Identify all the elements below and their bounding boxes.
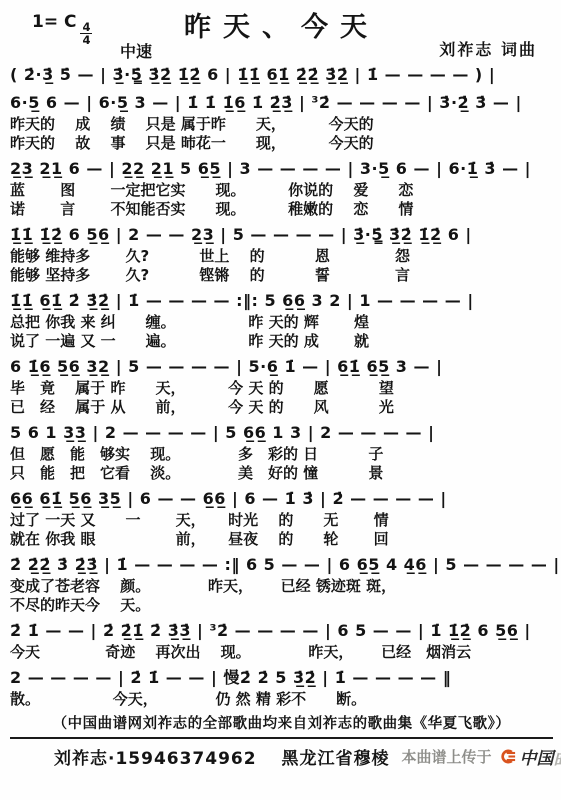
site-logo: 中国曲谱网 [498,744,561,769]
notation-line: 1̲̇1̲̇ 1̲̇2̲̇ 6 5̲6̲ | 2 — — 2̲3̲ | 5 — … [10,222,553,247]
system: 2 — — — — | 2̇ 1̇ — — | 慢2̇ 2̇ 5 3̲̇2̲̇ … [10,665,553,709]
score: ( 2̇·3̲̇ 5̇ — | 3̲̇·5̳̇ 3̲̇2̲̇ 1̲̇2̲̇ 6 … [10,62,553,709]
lyric-line: 能够 维持多 久? 世上 的 恩 怨 [10,247,553,266]
notation-line: 2̇ 2̲̇2̲̇ 3̇ 2̲̇3̲̇ | 1̇ — — — — :‖ 6 5 … [10,552,553,577]
qupu-logo-icon [498,747,517,766]
lyric-line: 能够 坚持多 久? 铿锵 的 誓 言 [10,266,553,285]
notation-line: 6·5̲ 6 — | 6·5̲ 3 — | 1̇ 1̇ 1̲̇6̲ 1̇ 2̲̇… [10,90,553,115]
lyric-line: 毕 竟 属于 昨 天， 今 天 的 愿 望 [10,379,553,398]
notation-line: 2 — — — — | 2̇ 1̇ — — | 慢2̇ 2̇ 5 3̲̇2̲̇ … [10,665,553,690]
system: 2̇ 1̇ — — | 2̇ 2̲̇1̲̇ 2̇ 3̲̇3̲̇ | ³2̇ — … [10,618,553,662]
lyric-line: 说了 一遍 又 一 遍。 昨 天的 成 就 [10,332,553,351]
lyric-line: 散。 今天， 仍 然 精 彩不 断。 [10,690,553,709]
system: 6̲6̲ 6̲1̲̇ 5̲6̲ 3̲5̲ | 6 — — 6̲6̲ | 6 — … [10,486,553,549]
system: 6 1̲̇6̲ 5̲6̲ 3̲2̲ | 5 — — — — | 5·6̲ 1̇ … [10,354,553,417]
system: 1̲̇1̲̇ 1̲̇2̲̇ 6 5̲6̲ | 2 — — 2̲3̲ | 5 — … [10,222,553,285]
notation-line: 1̲̇1̲̇ 6̲1̲̇ 2̇ 3̲̇2̲̇ | 1̇ — — — — :‖: … [10,288,553,313]
notation-line: 6 1̲̇6̲ 5̲6̲ 3̲2̲ | 5 — — — — | 5·6̲ 1̇ … [10,354,553,379]
sheet-music-page: 1= C44 昨天、今天 中速 刘祚志 词曲 ( 2̇·3̲̇ 5̇ — | 3… [0,0,561,769]
lyric-line: 已 经 属于 从 前， 今 天 的 风 光 [10,398,553,417]
bottom-bar: 刘祚志·15946374962 黑龙江省穆棱 本曲谱上传于 中国曲谱网 [10,737,553,769]
key-signature: 1= C44 [32,12,92,46]
system: 2̲3̲ 2̲1̲ 6 — | 2̲2̲ 2̲1̲ 5 6̲5̲ | 3 — —… [10,156,553,219]
site-name-light: 曲谱网 [554,744,561,769]
contact-info: 刘祚志·15946374962 黑龙江省穆棱 [54,744,390,769]
lyric-line: 昨天的 成 绩 只是 属于昨 天， 今天的 [10,115,553,134]
lyric-line: 今天 奇迹 再次出 现。 昨天， 已经 烟消云 [10,643,553,662]
upload-watermark: 本曲谱上传于 [402,746,492,767]
lyric-line: 昨天的 故 事 只是 昁花一 现， 今天的 [10,134,553,153]
tempo-marking: 中速 [120,39,152,62]
key-label: 1= C [32,12,76,32]
system: 5 6 1 3̲3̲ | 2 — — — — | 5 6̲6̲ 1 3 | 2 … [10,420,553,483]
lyric-line: 变成了苍老容 颜。 昨天， 已经 锈迹斑 斑， [10,577,553,596]
notation-line: 2̲3̲ 2̲1̲ 6 — | 2̲2̲ 2̲1̲ 5 6̲5̲ | 3 — —… [10,156,553,181]
system: ( 2̇·3̲̇ 5̇ — | 3̲̇·5̳̇ 3̲̇2̲̇ 1̲̇2̲̇ 6 … [10,62,553,87]
lyric-line: 蓝 图 一定把它实 现。 你说的 爱 恋 [10,181,553,200]
notation-line: 5 6 1 3̲3̲ | 2 — — — — | 5 6̲6̲ 1 3 | 2 … [10,420,553,445]
meter-denominator: 4 [82,34,90,46]
lyric-line: 就在 你我 眼 前， 昼夜 的 轮 回 [10,530,553,549]
lyric-line: 只 能 把 它看 淡。 美 好的 憧 景 [10,464,553,483]
lyric-line: 总把 你我 来 纠 缠。 昨 天的 辉 煌 [10,313,553,332]
source-note: （中国曲谱网刘祚志的全部歌曲均来自刘祚志的歌曲集《华夏飞歌》） [10,712,553,733]
site-name-bold: 中国 [520,744,554,769]
lyric-line: 诺 言 不知能否实 现。 稚嫩的 恋 情 [10,200,553,219]
system: 6·5̲ 6 — | 6·5̲ 3 — | 1̇ 1̇ 1̲̇6̲ 1̇ 2̲̇… [10,90,553,153]
notation-line: 2̇ 1̇ — — | 2̇ 2̲̇1̲̇ 2̇ 3̲̇3̲̇ | ³2̇ — … [10,618,553,643]
system: 2̇ 2̲̇2̲̇ 3̇ 2̲̇3̲̇ | 1̇ — — — — :‖ 6 5 … [10,552,553,615]
notation-line: ( 2̇·3̲̇ 5̇ — | 3̲̇·5̳̇ 3̲̇2̲̇ 1̲̇2̲̇ 6 … [10,62,553,87]
time-signature: 44 [80,21,92,46]
system: 1̲̇1̲̇ 6̲1̲̇ 2̇ 3̲̇2̲̇ | 1̇ — — — — :‖: … [10,288,553,351]
lyric-line: 不尽的昨天今 天。 [10,596,553,615]
header: 1= C44 昨天、今天 中速 刘祚志 词曲 [10,4,553,62]
composer-credit: 刘祚志 词曲 [439,37,537,60]
lyric-line: 但 愿 能 够实 现。 多 彩的 日 子 [10,445,553,464]
lyric-line: 过了 一天 又 一 天， 时光 的 无 情 [10,511,553,530]
notation-line: 6̲6̲ 6̲1̲̇ 5̲6̲ 3̲5̲ | 6 — — 6̲6̲ | 6 — … [10,486,553,511]
